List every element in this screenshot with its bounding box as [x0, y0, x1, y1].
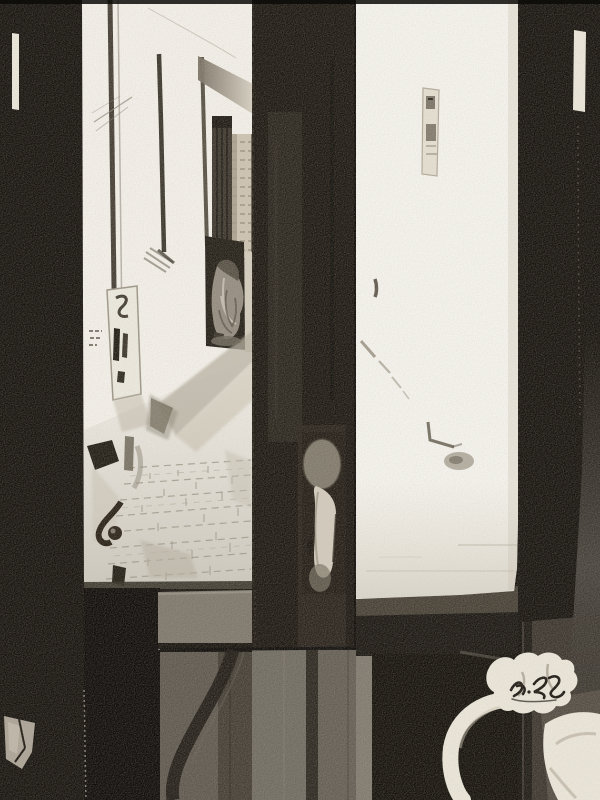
charcoal-grain-overlay: [0, 0, 600, 800]
top-edge-strip: [0, 0, 600, 4]
painting: [0, 0, 600, 800]
artwork-canvas: [0, 0, 600, 800]
